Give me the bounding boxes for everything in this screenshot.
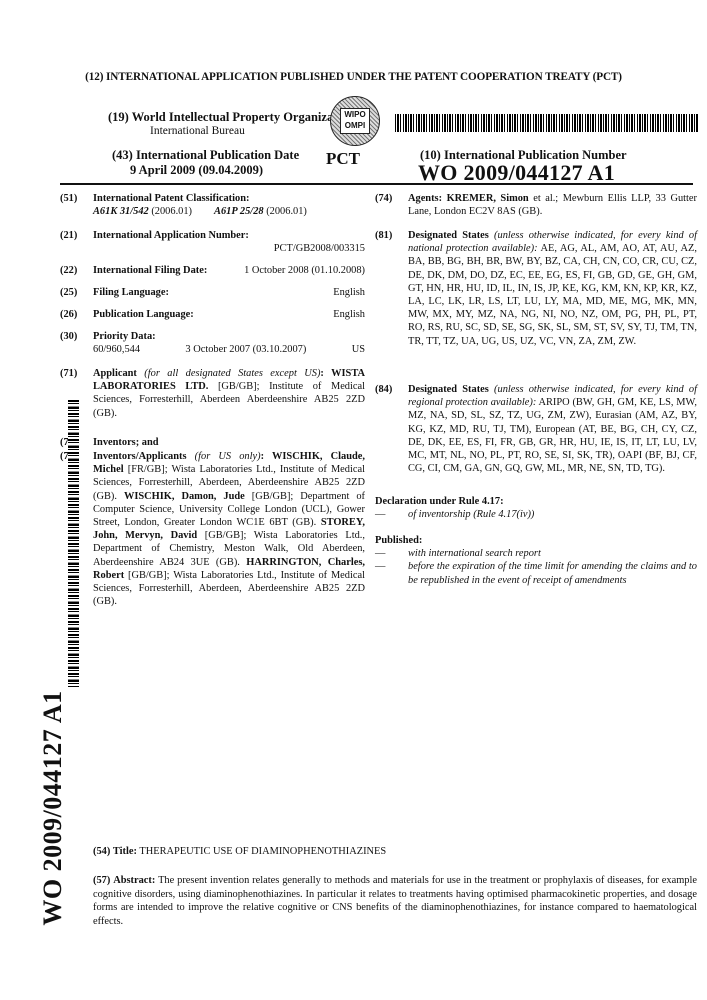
declaration-heading: Declaration under Rule 4.17:: [375, 495, 697, 508]
priority-country: US: [352, 343, 365, 356]
declaration-item: —of inventorship (Rule 4.17(iv)): [375, 508, 697, 521]
inventor-name: WISCHIK, Damon, Jude: [124, 491, 245, 502]
field-number: (84): [375, 383, 392, 396]
field-label: International Application Number:: [93, 229, 365, 242]
field-qualifier: (for US only): [195, 451, 261, 462]
bureau-name: International Bureau: [150, 125, 245, 137]
priority-date: 3 October 2007 (03.10.2007): [185, 343, 306, 356]
field-number: (22): [60, 264, 77, 277]
field-label: International Patent Classification:: [93, 192, 365, 205]
field-label: International Filing Date:: [93, 264, 207, 277]
published-section: Published: —with international search re…: [375, 534, 697, 587]
classification-code: A61P 25/28 (2006.01): [214, 205, 307, 218]
published-item: —before the expiration of the time limit…: [375, 560, 697, 586]
abstract-field: (57) Abstract: The present invention rel…: [93, 874, 697, 928]
field-number: (30): [60, 330, 77, 343]
priority-number: 60/960,544: [93, 343, 140, 356]
field-number: (54): [93, 846, 110, 857]
field-label: Inventors/Applicants: [93, 451, 187, 462]
organization-name: (19) World Intellectual Property Organiz…: [108, 110, 354, 125]
header-divider: [60, 183, 693, 185]
field-number: (25): [60, 286, 77, 299]
field-inventors-heading: (72) Inventors; and: [93, 436, 365, 449]
publication-date: 9 April 2009 (09.04.2009): [130, 163, 263, 178]
field-filing-date: (22) International Filing Date:1 October…: [93, 264, 365, 277]
logo-text-top: WIPO: [341, 109, 369, 120]
field-label: Inventors; and: [93, 436, 365, 449]
application-number: PCT/GB2008/003315: [93, 242, 365, 255]
barcode-icon: [395, 114, 699, 132]
field-label: Abstract:: [113, 875, 155, 886]
wipo-logo-icon: WIPO OMPI: [330, 96, 380, 146]
field-label: Designated States: [408, 384, 489, 395]
field-inventors: (75) Inventors/Applicants (for US only):…: [93, 450, 365, 608]
designated-states-list: AE, AG, AL, AM, AO, AT, AU, AZ, BA, BB, …: [408, 243, 697, 346]
agent-name: KREMER, Simon: [447, 193, 529, 204]
declaration-section: Declaration under Rule 4.17: —of invento…: [375, 495, 697, 521]
field-agents: (74) Agents: KREMER, Simon et al.; Mewbu…: [375, 192, 697, 218]
classification-code: A61K 31/542 (2006.01): [93, 205, 192, 218]
vertical-barcode-icon: [68, 400, 79, 687]
field-number: (81): [375, 229, 392, 242]
field-number: (71): [60, 367, 77, 380]
field-label: Priority Data:: [93, 330, 365, 343]
abstract-text: The present invention relates generally …: [93, 875, 697, 927]
field-designated-regional: (84) Designated States (unless otherwise…: [375, 383, 697, 475]
filing-date: 1 October 2008 (01.10.2008): [244, 264, 365, 277]
title-field: (54) Title: THERAPEUTIC USE OF DIAMINOPH…: [93, 846, 386, 857]
vertical-publication-number: WO 2009/044127 A1: [38, 658, 68, 958]
field-qualifier: (for all designated States except US): [144, 368, 320, 379]
wipo-logo-text: WIPO OMPI: [340, 108, 370, 134]
field-number: (74): [375, 192, 392, 205]
filing-language: English: [333, 286, 365, 299]
field-label: Applicant: [93, 368, 137, 379]
field-priority-data: (30) Priority Data: 60/960,544 3 October…: [93, 330, 365, 356]
field-applicant: (71) Applicant (for all designated State…: [93, 367, 365, 420]
logo-text-bottom: OMPI: [341, 120, 369, 131]
field-designated-national: (81) Designated States (unless otherwise…: [375, 229, 697, 348]
field-label: Agents:: [408, 193, 442, 204]
field-application-number: (21) International Application Number: P…: [93, 229, 365, 255]
publication-language: English: [333, 308, 365, 321]
invention-title: THERAPEUTIC USE OF DIAMINOPHENOTHIAZINES: [139, 846, 386, 857]
field-number: (51): [60, 192, 77, 205]
publication-date-label: (43) International Publication Date: [112, 148, 299, 163]
pct-label: PCT: [326, 149, 360, 169]
field-label: Publication Language:: [93, 308, 194, 321]
field-number: (21): [60, 229, 77, 242]
field-label: Designated States: [408, 230, 489, 241]
field-label: Filing Language:: [93, 286, 169, 299]
treaty-header: (12) INTERNATIONAL APPLICATION PUBLISHED…: [0, 71, 707, 83]
field-number: (57): [93, 875, 110, 886]
field-number: (26): [60, 308, 77, 321]
designated-states-list: ARIPO (BW, GH, GM, KE, LS, MW, MZ, NA, S…: [408, 397, 697, 474]
field-label: Title:: [113, 846, 137, 857]
inventor-details: [GB/GB]; Wista Laboratories Ltd., Instit…: [93, 570, 365, 607]
published-heading: Published:: [375, 534, 697, 547]
field-publication-language: (26) Publication Language:English: [93, 308, 365, 321]
published-item: —with international search report: [375, 547, 697, 560]
field-filing-language: (25) Filing Language:English: [93, 286, 365, 299]
field-classification: (51) International Patent Classification…: [93, 192, 365, 218]
